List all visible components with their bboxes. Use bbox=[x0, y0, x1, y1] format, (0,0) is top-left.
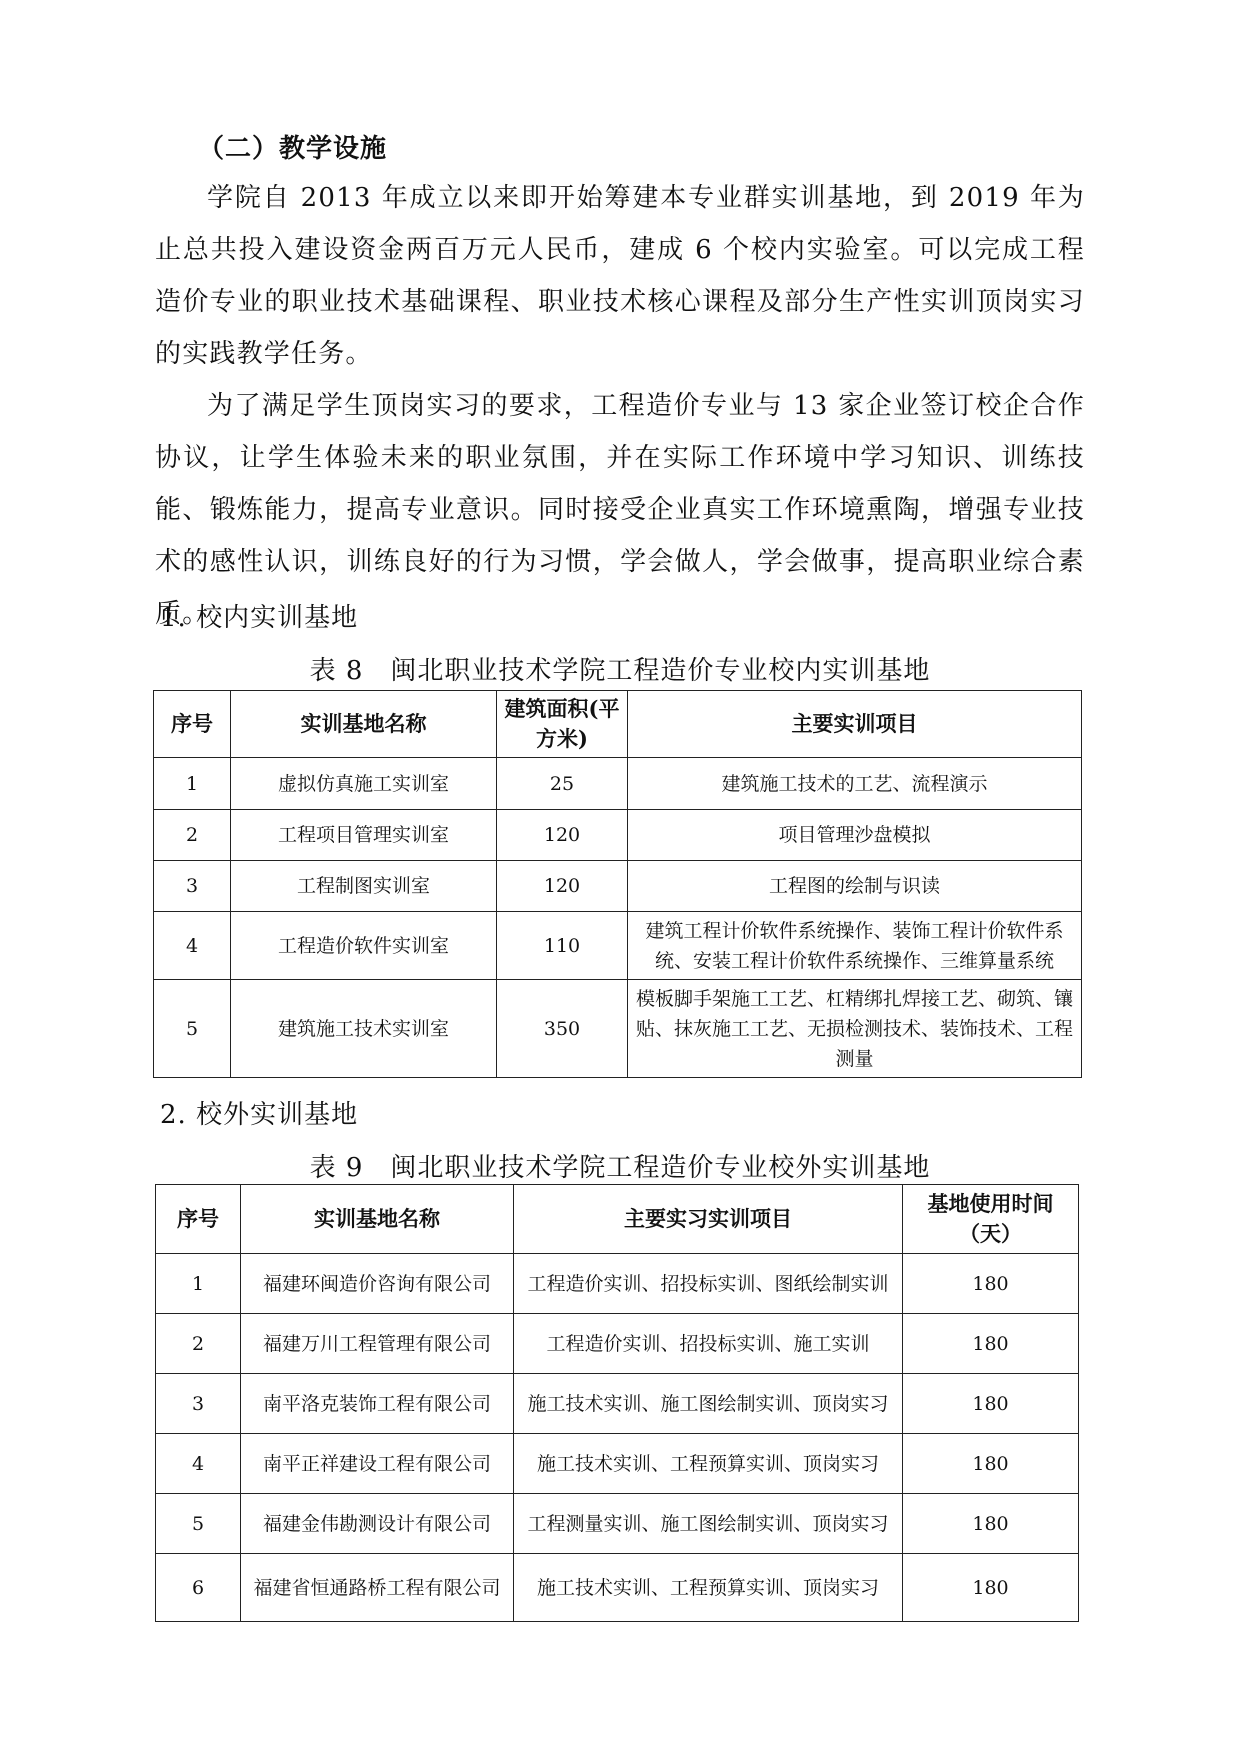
cell-index: 1 bbox=[156, 1254, 241, 1314]
table-row: 2 福建万川工程管理有限公司 工程造价实训、招投标实训、施工实训 180 bbox=[156, 1314, 1079, 1374]
paragraph-facilities: 学院自 2013 年成立以来即开始筹建本专业群实训基地，到 2019 年为止总共… bbox=[155, 172, 1085, 380]
cell-items: 施工技术实训、工程预算实训、顶岗实习 bbox=[514, 1434, 903, 1494]
cell-items: 工程测量实训、施工图绘制实训、顶岗实习 bbox=[514, 1494, 903, 1554]
header-cell: 主要实习实训项目 bbox=[514, 1185, 903, 1254]
section-heading: （二）教学设施 bbox=[198, 128, 387, 165]
table-off-campus-bases: 序号 实训基地名称 主要实习实训项目 基地使用时间（天） 1 福建环闽造价咨询有… bbox=[155, 1184, 1079, 1622]
cell-days: 180 bbox=[903, 1554, 1079, 1622]
cell-company: 南平正祥建设工程有限公司 bbox=[241, 1434, 514, 1494]
table-row: 6 福建省恒通路桥工程有限公司 施工技术实训、工程预算实训、顶岗实习 180 bbox=[156, 1554, 1079, 1622]
cell-area: 120 bbox=[497, 810, 628, 861]
cell-index: 5 bbox=[154, 980, 231, 1078]
cell-index: 2 bbox=[154, 810, 231, 861]
table-row: 5 福建金伟勘测设计有限公司 工程测量实训、施工图绘制实训、顶岗实习 180 bbox=[156, 1494, 1079, 1554]
header-cell: 基地使用时间（天） bbox=[903, 1185, 1079, 1254]
table-header-row: 序号 实训基地名称 主要实习实训项目 基地使用时间（天） bbox=[156, 1185, 1079, 1254]
header-cell: 实训基地名称 bbox=[231, 691, 497, 758]
cell-company: 福建环闽造价咨询有限公司 bbox=[241, 1254, 514, 1314]
cell-index: 2 bbox=[156, 1314, 241, 1374]
table-row: 1 福建环闽造价咨询有限公司 工程造价实训、招投标实训、图纸绘制实训 180 bbox=[156, 1254, 1079, 1314]
header-cell: 序号 bbox=[156, 1185, 241, 1254]
cell-index: 5 bbox=[156, 1494, 241, 1554]
cell-area: 350 bbox=[497, 980, 628, 1078]
cell-index: 3 bbox=[154, 861, 231, 912]
subheading-on-campus: 1. 校内实训基地 bbox=[160, 597, 358, 634]
cell-company: 福建省恒通路桥工程有限公司 bbox=[241, 1554, 514, 1622]
cell-items: 工程图的绘制与识读 bbox=[628, 861, 1082, 912]
cell-area: 110 bbox=[497, 912, 628, 980]
table-row: 4 南平正祥建设工程有限公司 施工技术实训、工程预算实训、顶岗实习 180 bbox=[156, 1434, 1079, 1494]
subheading-off-campus: 2. 校外实训基地 bbox=[160, 1094, 358, 1131]
cell-index: 6 bbox=[156, 1554, 241, 1622]
cell-company: 福建金伟勘测设计有限公司 bbox=[241, 1494, 514, 1554]
table-row: 3 南平洛克装饰工程有限公司 施工技术实训、施工图绘制实训、顶岗实习 180 bbox=[156, 1374, 1079, 1434]
table-row: 1 虚拟仿真施工实训室 25 建筑施工技术的工艺、流程演示 bbox=[154, 758, 1082, 810]
cell-items: 模板脚手架施工工艺、杠精绑扎焊接工艺、砌筑、镶贴、抹灰施工工艺、无损检测技术、装… bbox=[628, 980, 1082, 1078]
cell-name: 虚拟仿真施工实训室 bbox=[231, 758, 497, 810]
cell-days: 180 bbox=[903, 1314, 1079, 1374]
cell-items: 施工技术实训、工程预算实训、顶岗实习 bbox=[514, 1554, 903, 1622]
cell-area: 25 bbox=[497, 758, 628, 810]
table-header-row: 序号 实训基地名称 建筑面积(平方米) 主要实训项目 bbox=[154, 691, 1082, 758]
table-row: 5 建筑施工技术实训室 350 模板脚手架施工工艺、杠精绑扎焊接工艺、砌筑、镶贴… bbox=[154, 980, 1082, 1078]
header-cell: 建筑面积(平方米) bbox=[497, 691, 628, 758]
cell-items: 建筑工程计价软件系统操作、装饰工程计价软件系统、安装工程计价软件系统操作、三维算… bbox=[628, 912, 1082, 980]
cell-items: 施工技术实训、施工图绘制实训、顶岗实习 bbox=[514, 1374, 903, 1434]
table8-caption: 表 8 闽北职业技术学院工程造价专业校内实训基地 bbox=[0, 650, 1240, 687]
table-row: 3 工程制图实训室 120 工程图的绘制与识读 bbox=[154, 861, 1082, 912]
cell-index: 1 bbox=[154, 758, 231, 810]
cell-index: 4 bbox=[156, 1434, 241, 1494]
cell-items: 工程造价实训、招投标实训、图纸绘制实训 bbox=[514, 1254, 903, 1314]
header-cell: 实训基地名称 bbox=[241, 1185, 514, 1254]
cell-days: 180 bbox=[903, 1374, 1079, 1434]
cell-name: 工程项目管理实训室 bbox=[231, 810, 497, 861]
header-cell: 主要实训项目 bbox=[628, 691, 1082, 758]
table-row: 4 工程造价软件实训室 110 建筑工程计价软件系统操作、装饰工程计价软件系统、… bbox=[154, 912, 1082, 980]
cell-days: 180 bbox=[903, 1434, 1079, 1494]
cell-company: 福建万川工程管理有限公司 bbox=[241, 1314, 514, 1374]
header-cell: 序号 bbox=[154, 691, 231, 758]
cell-items: 建筑施工技术的工艺、流程演示 bbox=[628, 758, 1082, 810]
cell-items: 项目管理沙盘模拟 bbox=[628, 810, 1082, 861]
cell-days: 180 bbox=[903, 1494, 1079, 1554]
cell-name: 工程造价软件实训室 bbox=[231, 912, 497, 980]
cell-name: 工程制图实训室 bbox=[231, 861, 497, 912]
cell-company: 南平洛克装饰工程有限公司 bbox=[241, 1374, 514, 1434]
cell-items: 工程造价实训、招投标实训、施工实训 bbox=[514, 1314, 903, 1374]
cell-days: 180 bbox=[903, 1254, 1079, 1314]
document-page: （二）教学设施 学院自 2013 年成立以来即开始筹建本专业群实训基地，到 20… bbox=[0, 0, 1240, 1754]
table9-caption: 表 9 闽北职业技术学院工程造价专业校外实训基地 bbox=[0, 1147, 1240, 1184]
cell-name: 建筑施工技术实训室 bbox=[231, 980, 497, 1078]
cell-index: 4 bbox=[154, 912, 231, 980]
table-row: 2 工程项目管理实训室 120 项目管理沙盘模拟 bbox=[154, 810, 1082, 861]
table-on-campus-bases: 序号 实训基地名称 建筑面积(平方米) 主要实训项目 1 虚拟仿真施工实训室 2… bbox=[153, 690, 1082, 1078]
cell-area: 120 bbox=[497, 861, 628, 912]
cell-index: 3 bbox=[156, 1374, 241, 1434]
